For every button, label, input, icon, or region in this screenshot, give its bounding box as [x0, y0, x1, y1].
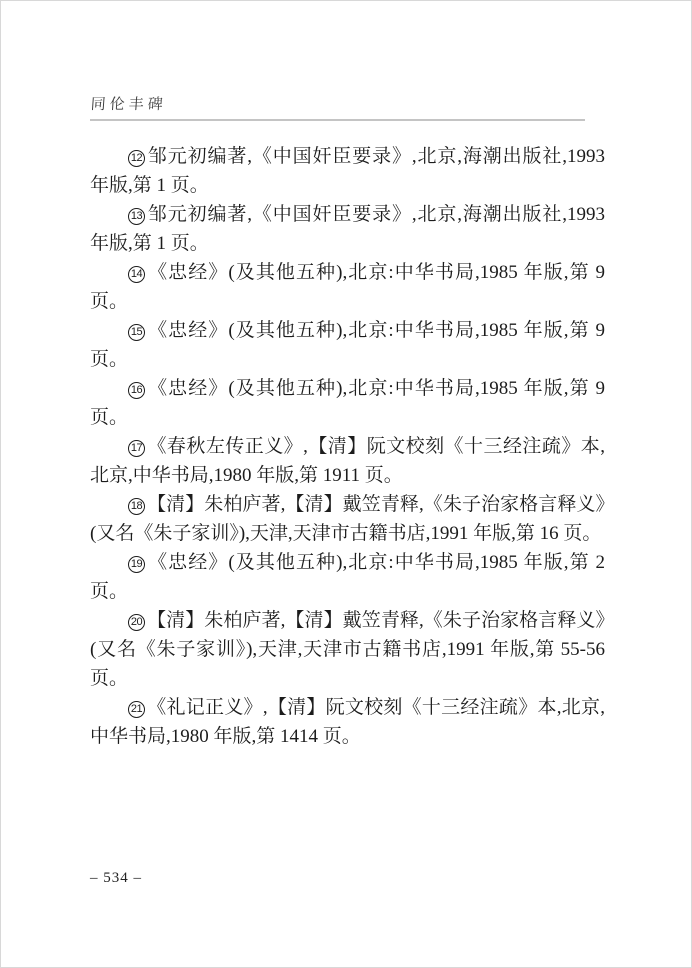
page-number: – 534 –	[90, 870, 142, 887]
endnote-item: 15《忠经》(及其他五种),北京:中华书局,1985 年版,第 9 页。	[90, 316, 605, 374]
endnotes-list: 12邹元初编著,《中国奸臣要录》,北京,海潮出版社,1993 年版,第 1 页。…	[90, 142, 605, 751]
endnote-item: 16《忠经》(及其他五种),北京:中华书局,1985 年版,第 9 页。	[90, 374, 605, 432]
endnote-number: 15	[128, 324, 145, 341]
endnote-text: 《忠经》(及其他五种),北京:中华书局,1985 年版,第 9 页。	[90, 320, 605, 370]
running-head-title: 同伦丰碑	[90, 93, 606, 114]
endnote-text: 《春秋左传正义》,【清】阮文校刻《十三经注疏》本,北京,中华书局,1980 年版…	[90, 436, 605, 486]
header-rule	[90, 119, 585, 121]
endnote-number: 19	[128, 556, 145, 573]
endnote-item: 17《春秋左传正义》,【清】阮文校刻《十三经注疏》本,北京,中华书局,1980 …	[90, 432, 605, 490]
endnote-item: 14《忠经》(及其他五种),北京:中华书局,1985 年版,第 9 页。	[90, 258, 605, 316]
endnote-number: 18	[128, 498, 145, 515]
endnote-item: 18【清】朱柏庐著,【清】戴笠青释,《朱子治家格言释义》(又名《朱子家训》),天…	[90, 490, 605, 548]
endnote-text: 《忠经》(及其他五种),北京:中华书局,1985 年版,第 9 页。	[90, 378, 605, 428]
endnote-number: 20	[128, 614, 145, 631]
book-page: 同伦丰碑 12邹元初编著,《中国奸臣要录》,北京,海潮出版社,1993 年版,第…	[0, 0, 692, 968]
endnote-item: 19《忠经》(及其他五种),北京:中华书局,1985 年版,第 2 页。	[90, 548, 605, 606]
endnote-text: 【清】朱柏庐著,【清】戴笠青释,《朱子治家格言释义》(又名《朱子家训》),天津,…	[90, 494, 605, 544]
endnote-text: 《忠经》(及其他五种),北京:中华书局,1985 年版,第 2 页。	[90, 552, 605, 602]
endnote-text: 《礼记正义》,【清】阮文校刻《十三经注疏》本,北京,中华书局,1980 年版,第…	[90, 697, 605, 747]
endnote-number: 16	[128, 382, 145, 399]
endnote-number: 12	[128, 150, 145, 167]
endnote-item: 20【清】朱柏庐著,【清】戴笠青释,《朱子治家格言释义》(又名《朱子家训》),天…	[90, 606, 605, 693]
endnote-text: 邹元初编著,《中国奸臣要录》,北京,海潮出版社,1993 年版,第 1 页。	[90, 204, 605, 254]
endnote-item: 21《礼记正义》,【清】阮文校刻《十三经注疏》本,北京,中华书局,1980 年版…	[90, 693, 605, 751]
endnote-item: 13邹元初编著,《中国奸臣要录》,北京,海潮出版社,1993 年版,第 1 页。	[90, 200, 605, 258]
endnote-text: 邹元初编著,《中国奸臣要录》,北京,海潮出版社,1993 年版,第 1 页。	[90, 146, 605, 196]
endnote-number: 17	[128, 440, 145, 457]
endnote-text: 《忠经》(及其他五种),北京:中华书局,1985 年版,第 9 页。	[90, 262, 605, 312]
endnote-text: 【清】朱柏庐著,【清】戴笠青释,《朱子治家格言释义》(又名《朱子家训》),天津,…	[90, 610, 605, 689]
endnote-item: 12邹元初编著,《中国奸臣要录》,北京,海潮出版社,1993 年版,第 1 页。	[90, 142, 605, 200]
running-head: 同伦丰碑	[90, 93, 605, 121]
endnote-number: 21	[128, 701, 145, 718]
endnote-number: 14	[128, 266, 145, 283]
endnote-number: 13	[128, 208, 145, 225]
